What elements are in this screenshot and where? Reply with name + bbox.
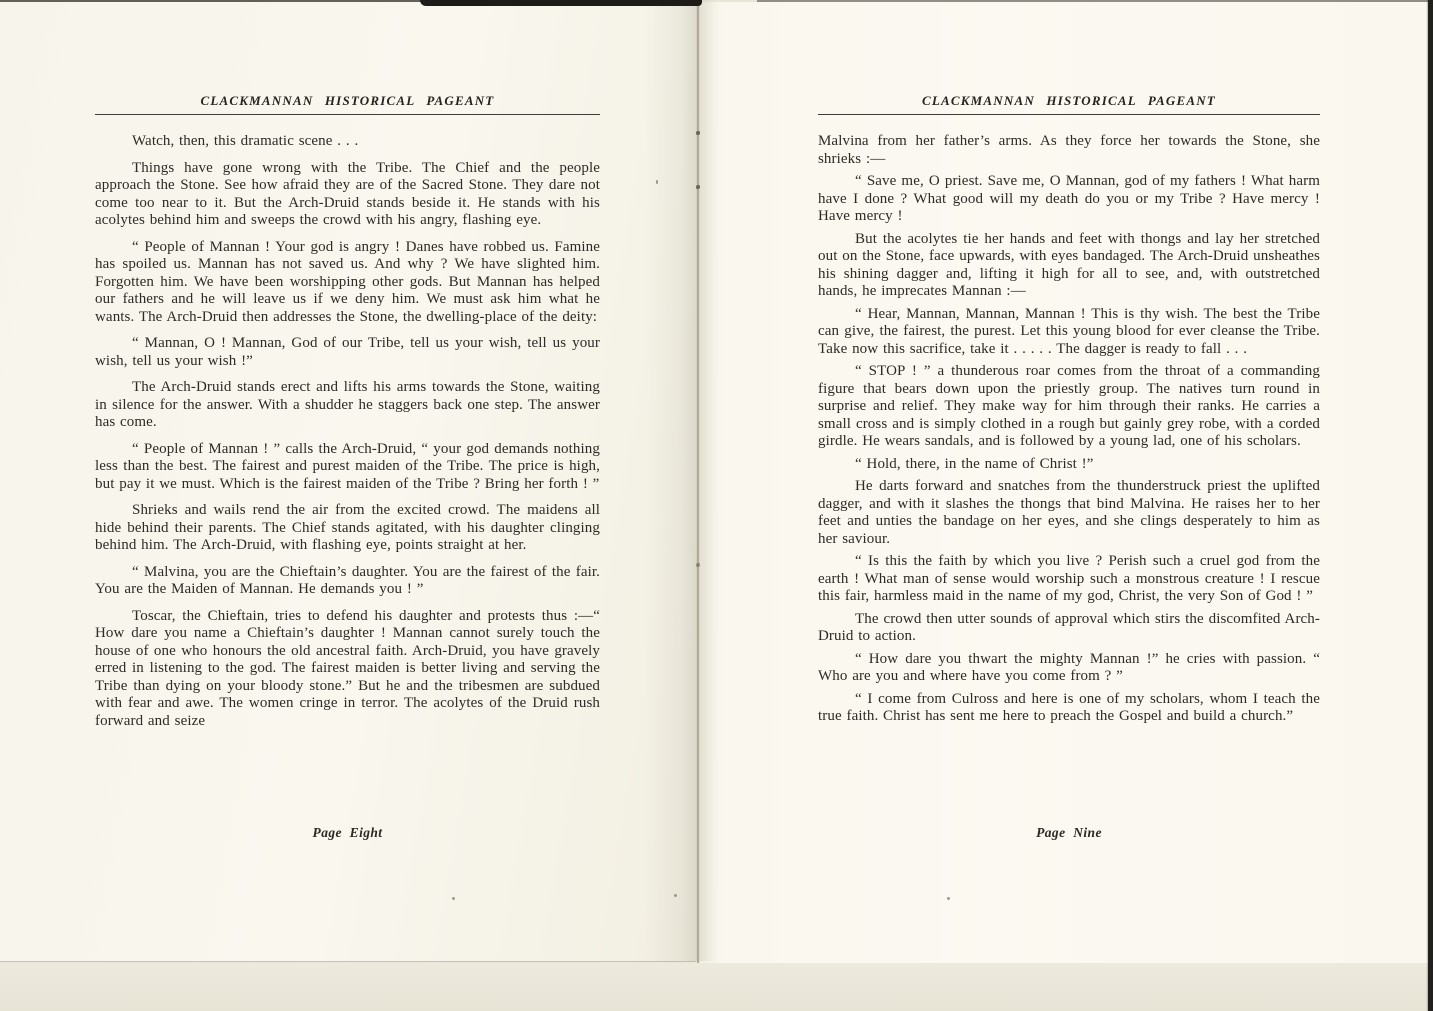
page-number-right: Page Nine xyxy=(818,825,1320,841)
paragraph: “ Hear, Mannan, Mannan, Mannan ! This is… xyxy=(818,306,1320,359)
paragraph: “ STOP ! ” a thunderous roar comes from … xyxy=(818,363,1320,451)
paragraph: “ I come from Culross and here is one of… xyxy=(818,691,1320,726)
right-textblock: CLACKMANNAN HISTORICAL PAGEANT Malvina f… xyxy=(818,2,1320,963)
left-textblock: CLACKMANNAN HISTORICAL PAGEANT Watch, th… xyxy=(95,2,600,961)
scan-speck xyxy=(656,180,658,184)
gutter-shadow-left xyxy=(645,0,697,961)
paragraph: “ People of Mannan ! ” calls the Arch-Dr… xyxy=(95,441,600,494)
scan-right-edge xyxy=(1428,0,1433,1011)
page-left: CLACKMANNAN HISTORICAL PAGEANT Watch, th… xyxy=(0,2,696,962)
scan-top-edge-right xyxy=(757,0,1433,2)
paragraph: Watch, then, this dramatic scene . . . xyxy=(95,133,600,151)
paragraph: “ Hold, there, in the name of Christ !” xyxy=(818,456,1320,474)
page-number-left: Page Eight xyxy=(95,825,600,841)
paragraph: Malvina from her father’s arms. As they … xyxy=(818,133,1320,168)
page-body-right: Malvina from her father’s arms. As they … xyxy=(818,133,1320,726)
page-right: CLACKMANNAN HISTORICAL PAGEANT Malvina f… xyxy=(700,2,1433,964)
paragraph: But the acolytes tie her hands and feet … xyxy=(818,231,1320,301)
paragraph: He darts forward and snatches from the t… xyxy=(818,478,1320,548)
paragraph: “ People of Mannan ! Your god is angry !… xyxy=(95,239,600,327)
running-header-right: CLACKMANNAN HISTORICAL PAGEANT xyxy=(818,93,1320,109)
header-rule-left xyxy=(95,114,600,115)
scan-speck xyxy=(674,894,677,897)
paragraph: “ Is this the faith by which you live ? … xyxy=(818,553,1320,606)
page-body-left: Watch, then, this dramatic scene . . .Th… xyxy=(95,133,600,730)
paragraph: The Arch-Druid stands erect and lifts hi… xyxy=(95,379,600,432)
gutter-shadow-right xyxy=(699,0,717,961)
scan-top-edge-dark xyxy=(420,0,702,6)
paragraph: “ How dare you thwart the mighty Mannan … xyxy=(818,651,1320,686)
book-spread: CLACKMANNAN HISTORICAL PAGEANT Watch, th… xyxy=(0,0,1433,1011)
paragraph: “ Malvina, you are the Chieftain’s daugh… xyxy=(95,564,600,599)
surface-below-pages xyxy=(0,963,1428,1011)
header-rule-right xyxy=(818,114,1320,115)
paragraph: The crowd then utter sounds of approval … xyxy=(818,611,1320,646)
paragraph: “ Mannan, O ! Mannan, God of our Tribe, … xyxy=(95,335,600,370)
scan-speck xyxy=(947,897,950,900)
scan-speck xyxy=(452,897,455,900)
binding-stitch-dot xyxy=(696,185,700,189)
paragraph: Shrieks and wails rend the air from the … xyxy=(95,502,600,555)
binding-stitch-dot xyxy=(696,563,700,567)
running-header-left: CLACKMANNAN HISTORICAL PAGEANT xyxy=(95,93,600,109)
paragraph: Toscar, the Chieftain, tries to defend h… xyxy=(95,608,600,731)
binding-stitch-dot xyxy=(696,131,700,135)
paragraph: Things have gone wrong with the Tribe. T… xyxy=(95,160,600,230)
paragraph: “ Save me, O priest. Save me, O Mannan, … xyxy=(818,173,1320,226)
